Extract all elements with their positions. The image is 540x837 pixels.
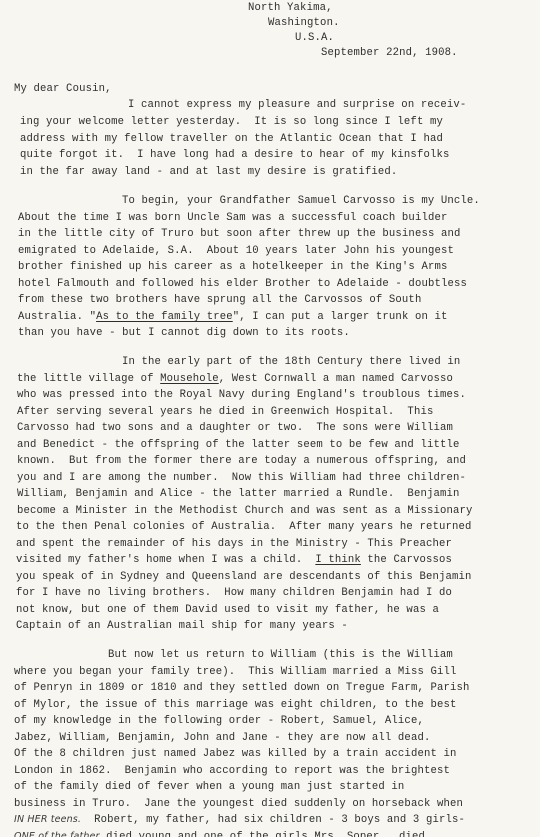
line-text: of the family died of fever when a young… — [14, 781, 404, 793]
letter-line: IN HER teens. Robert, my father, had six… — [14, 814, 465, 826]
line-text: About the time I was born Uncle Sam was … — [18, 212, 447, 224]
letter-line: emigrated to Adelaide, S.A. About 10 yea… — [18, 245, 454, 257]
line-text: I cannot express my pleasure and surpris… — [128, 99, 466, 111]
handwritten-annotation: IN HER teens. — [14, 814, 81, 825]
letter-line: Captain of an Australian mail ship for m… — [16, 620, 348, 632]
letter-line: not know, but one of them David used to … — [16, 604, 439, 616]
letter-line: To begin, your Grandfather Samuel Carvos… — [122, 195, 480, 207]
line-text: business in Truro. Jane the youngest die… — [14, 798, 463, 810]
line-text: the Carvossos — [361, 554, 452, 566]
line-text: hotel Falmouth and followed his elder Br… — [18, 278, 467, 290]
letter-line: After serving several years he died in G… — [17, 406, 433, 418]
letter-line: About the time I was born Uncle Sam was … — [18, 212, 447, 224]
address-line-3: U.S.A. — [295, 32, 334, 44]
line-text: where you began your family tree). This … — [14, 666, 457, 678]
line-text: London in 1862. Benjamin who according t… — [14, 765, 450, 777]
line-text: ", I can put a larger trunk on it — [233, 311, 448, 323]
line-text: you speak of in Sydney and Queensland ar… — [16, 571, 472, 583]
line-text: address with my fellow traveller on the … — [20, 133, 443, 145]
letter-line: William, Benjamin and Alice - the latter… — [17, 488, 460, 500]
letter-line: you speak of in Sydney and Queensland ar… — [16, 571, 472, 583]
line-text: emigrated to Adelaide, S.A. About 10 yea… — [18, 245, 454, 257]
line-text: of my knowledge in the following order -… — [14, 715, 424, 727]
line-text: for I have no living brothers. How many … — [16, 587, 452, 599]
letter-line: Jabez, William, Benjamin, John and Jane … — [14, 732, 430, 744]
line-text: brother finished up his career as a hote… — [18, 261, 447, 273]
line-text: who was pressed into the Royal Navy duri… — [17, 389, 466, 401]
line-text: quite forgot it. I have long had a desir… — [20, 149, 449, 161]
letter-line: Carvosso had two sons and a daughter or … — [17, 422, 453, 434]
line-text: In the early part of the 18th Century th… — [122, 356, 460, 368]
letter-line: I cannot express my pleasure and surpris… — [128, 99, 466, 111]
line-text: William, Benjamin and Alice - the latter… — [17, 488, 460, 500]
line-text: than you have - but I cannot dig down to… — [18, 327, 350, 339]
letter-line: brother finished up his career as a hote… — [18, 261, 447, 273]
address-line-2: Washington. — [268, 17, 340, 29]
underlined-text: I think — [315, 554, 361, 566]
line-text: died young and one of the girls Mrs. Sop… — [100, 831, 425, 837]
letter-line: ONE of the father died young and one of … — [14, 831, 425, 837]
line-text: Captain of an Australian mail ship for m… — [16, 620, 348, 632]
letter-line: in the little city of Truro but soon aft… — [18, 228, 461, 240]
line-text: not know, but one of them David used to … — [16, 604, 439, 616]
line-text: in the little city of Truro but soon aft… — [18, 228, 461, 240]
letter-line: become a Minister in the Methodist Churc… — [17, 505, 473, 517]
line-text: known. But from the former there are tod… — [17, 455, 466, 467]
letter-line: of Penryn in 1809 or 1810 and they settl… — [14, 682, 470, 694]
letter-line: Australia. "As to the family tree", I ca… — [18, 311, 448, 323]
letter-line: in the far away land - and at last my de… — [20, 166, 397, 178]
line-text: Jabez, William, Benjamin, John and Jane … — [14, 732, 430, 744]
letter-line: the little village of Mousehole, West Co… — [17, 373, 453, 385]
salutation: My dear Cousin, — [14, 83, 112, 95]
letter-line: who was pressed into the Royal Navy duri… — [17, 389, 466, 401]
line-text: Robert, my father, had six children - 3 … — [81, 814, 465, 826]
letter-line: quite forgot it. I have long had a desir… — [20, 149, 449, 161]
address-line-1: North Yakima, — [248, 2, 333, 14]
letter-line: known. But from the former there are tod… — [17, 455, 466, 467]
letter-line: In the early part of the 18th Century th… — [122, 356, 460, 368]
line-text: Australia. " — [18, 311, 96, 323]
line-text: you and I are among the number. Now this… — [17, 472, 466, 484]
line-text: , West Cornwall a man named Carvosso — [219, 373, 453, 385]
line-text: Of the 8 children just named Jabez was k… — [14, 748, 457, 760]
letter-line: hotel Falmouth and followed his elder Br… — [18, 278, 467, 290]
underlined-text: As to the family tree — [96, 311, 233, 323]
letter-line: of my knowledge in the following order -… — [14, 715, 424, 727]
letter-line: you and I are among the number. Now this… — [17, 472, 466, 484]
line-text: of Mylor, the issue of this marriage was… — [14, 699, 457, 711]
line-text: But now let us return to William (this i… — [108, 649, 453, 661]
line-text: the little village of — [17, 373, 160, 385]
line-text: become a Minister in the Methodist Churc… — [17, 505, 473, 517]
line-text: To begin, your Grandfather Samuel Carvos… — [122, 195, 480, 207]
underlined-text: Mousehole — [160, 373, 219, 385]
letter-line: address with my fellow traveller on the … — [20, 133, 443, 145]
line-text: After serving several years he died in G… — [17, 406, 433, 418]
letter-line: ing your welcome letter yesterday. It is… — [20, 116, 443, 128]
letter-line: from these two brothers have sprung all … — [18, 294, 421, 306]
letter-line: London in 1862. Benjamin who according t… — [14, 765, 450, 777]
line-text: to the then Penal colonies of Australia.… — [16, 521, 472, 533]
line-text: ing your welcome letter yesterday. It is… — [20, 116, 443, 128]
line-text: visited my father's home when I was a ch… — [16, 554, 315, 566]
line-text: and spent the remainder of his days in t… — [16, 538, 452, 550]
letter-line: of the family died of fever when a young… — [14, 781, 404, 793]
letter-date: September 22nd, 1908. — [321, 47, 458, 59]
letter-line: and spent the remainder of his days in t… — [16, 538, 452, 550]
letter-line: business in Truro. Jane the youngest die… — [14, 798, 463, 810]
letter-line: of Mylor, the issue of this marriage was… — [14, 699, 457, 711]
letter-line: where you began your family tree). This … — [14, 666, 457, 678]
line-text: and Benedict - the offspring of the latt… — [17, 439, 460, 451]
line-text: of Penryn in 1809 or 1810 and they settl… — [14, 682, 470, 694]
handwritten-annotation: ONE of the father — [14, 831, 100, 837]
line-text: in the far away land - and at last my de… — [20, 166, 397, 178]
letter-line: visited my father's home when I was a ch… — [16, 554, 452, 566]
letter-line: and Benedict - the offspring of the latt… — [17, 439, 460, 451]
letter-line: But now let us return to William (this i… — [108, 649, 453, 661]
letter-line: to the then Penal colonies of Australia.… — [16, 521, 472, 533]
line-text: Carvosso had two sons and a daughter or … — [17, 422, 453, 434]
line-text: from these two brothers have sprung all … — [18, 294, 421, 306]
letter-page: North Yakima, Washington. U.S.A. Septemb… — [0, 0, 540, 837]
letter-line: for I have no living brothers. How many … — [16, 587, 452, 599]
letter-line: Of the 8 children just named Jabez was k… — [14, 748, 457, 760]
letter-line: than you have - but I cannot dig down to… — [18, 327, 350, 339]
